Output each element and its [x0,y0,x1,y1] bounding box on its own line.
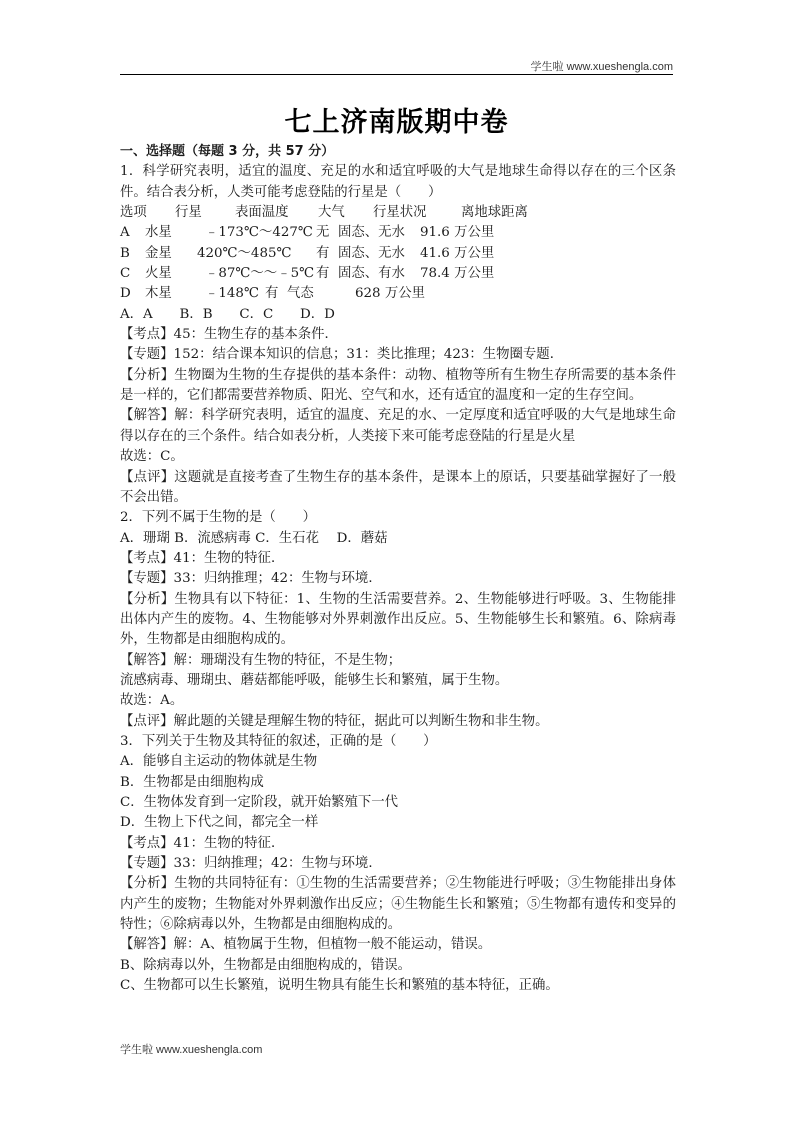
jieda-note: 【解答】解：珊瑚没有生物的特征，不是生物； [120,651,676,671]
table-cell: 水星 [145,223,205,243]
zhuanti-note: 【专题】33：归纳推理；42：生物与环境． [120,569,676,589]
table-cell: A [120,223,145,243]
question-3: 3．下列关于生物及其特征的叙述，正确的是（ ） A．能够自主运动的物体就是生物 … [120,732,676,996]
jieda-note: 【解答】解：科学研究表明，适宜的温度、充足的水、一定厚度和适宜呼吸的大气是地球生… [120,406,676,447]
header-divider [120,74,673,75]
table-header-row: 选项行星表面温度大气行星状况离地球距离 [120,203,676,223]
document-body: 一、选择题（每题 3 分，共 57 分） 1．科学研究表明，适宜的温度、充足的水… [120,142,676,996]
table-row: B金星420℃～485℃有固态、无水41.6 万公里 [120,244,676,264]
table-cell: 气态 [287,284,355,304]
table-cell: D [120,284,145,304]
table-cell: 无 [316,223,338,243]
dianping-note: 【点评】解此题的关键是理解生物的特征，据此可以判断生物和非生物。 [120,712,676,732]
fenxi-note: 【分析】生物具有以下特征：1、生物的生活需要营养。2、生物能够进行呼吸。3、生物… [120,590,676,651]
fenxi-note: 【分析】生物的共同特征有：①生物的生活需要营养；②生物能进行呼吸；③生物能排出身… [120,874,676,935]
section-heading: 一、选择题（每题 3 分，共 57 分） [120,142,676,162]
kaodian-note: 【考点】41：生物的特征． [120,549,676,569]
answer-options: A．珊瑚 B．流感病毒 C．生石花 D．蘑菇 [120,529,676,549]
option-b: B．生物都是由细胞构成 [120,773,676,793]
zhuanti-note: 【专题】33：归纳推理；42：生物与环境． [120,854,676,874]
table-header-cell: 大气 [318,203,373,223]
dianping-note: 【点评】这题就是直接考查了生物生存的基本条件，是课本上的原话，只要基础掌握好了一… [120,468,676,509]
question-stem: 3．下列关于生物及其特征的叙述，正确的是（ ） [120,732,676,752]
table-cell: 固态、无水 [338,223,420,243]
option-a: A．能够自主运动的物体就是生物 [120,752,676,772]
table-cell: 金星 [145,244,197,264]
jieda-note-continued: 流感病毒、珊瑚虫、蘑菇都能呼吸，能够生长和繁殖，属于生物。 [120,671,676,691]
table-cell: 有 [316,244,338,264]
table-cell: C [120,264,145,284]
table-cell: 41.6 万公里 [420,244,494,264]
table-cell: 固态、无水 [338,244,420,264]
footer-site-label: 学生啦 www.xueshengla.com [120,1041,262,1057]
table-cell: 有 [265,284,287,304]
table-row: D木星﹣148℃有气态628 万公里 [120,284,676,304]
table-cell: 91.6 万公里 [420,223,494,243]
answer-choice: 故选：C。 [120,447,676,467]
table-row: C火星﹣87℃～～﹣5℃有固态、有水78.4 万公里 [120,264,676,284]
table-cell: ﹣148℃ [205,284,265,304]
table-cell: 有 [316,264,338,284]
answer-choice: 故选：A。 [120,691,676,711]
table-cell: ﹣87℃～～﹣5℃ [205,264,316,284]
jieda-note-b: B、除病毒以外，生物都是由细胞构成的，错误。 [120,956,676,976]
table-cell: B [120,244,145,264]
question-stem: 2．下列不属于生物的是（ ） [120,508,676,528]
table-cell: 78.4 万公里 [420,264,494,284]
option-c: C．生物体发育到一定阶段，就开始繁殖下一代 [120,793,676,813]
table-cell: 420℃～485℃ [197,244,316,264]
kaodian-note: 【考点】45：生物生存的基本条件． [120,325,676,345]
fenxi-note: 【分析】生物圈为生物的生存提供的基本条件：动物、植物等所有生物生存所需要的基本条… [120,366,676,407]
question-2: 2．下列不属于生物的是（ ） A．珊瑚 B．流感病毒 C．生石花 D．蘑菇 【考… [120,508,676,732]
table-cell: 木星 [145,284,205,304]
table-header-cell: 行星状况 [373,203,461,223]
option-d: D．生物上下代之间，都完全一样 [120,813,676,833]
kaodian-note: 【考点】41：生物的特征． [120,834,676,854]
table-header-cell: 选项 [120,203,175,223]
question-1: 1．科学研究表明，适宜的温度、充足的水和适宜呼吸的大气是地球生命得以存在的三个区… [120,162,676,508]
table-header-cell: 离地球距离 [461,203,528,223]
table-cell: 628 万公里 [355,284,425,304]
table-cell: ﹣173℃～427℃ [205,223,316,243]
header-site-label: 学生啦 www.xueshengla.com [531,58,673,74]
table-cell: 火星 [145,264,205,284]
table-header-cell: 行星 [175,203,235,223]
answer-options: A．A B．B C．C D．D [120,305,676,325]
table-row: A水星﹣173℃～427℃无固态、无水91.6 万公里 [120,223,676,243]
jieda-note-c: C、生物都可以生长繁殖，说明生物具有能生长和繁殖的基本特征，正确。 [120,976,676,996]
planet-table: 选项行星表面温度大气行星状况离地球距离 A水星﹣173℃～427℃无固态、无水9… [120,203,676,305]
page-title: 七上济南版期中卷 [0,100,793,139]
table-header-cell: 表面温度 [235,203,318,223]
jieda-note: 【解答】解：A、植物属于生物，但植物一般不能运动，错误。 [120,935,676,955]
question-stem: 1．科学研究表明，适宜的温度、充足的水和适宜呼吸的大气是地球生命得以存在的三个区… [120,162,676,203]
table-cell: 固态、有水 [338,264,420,284]
zhuanti-note: 【专题】152：结合课本知识的信息；31：类比推理；423：生物圈专题． [120,345,676,365]
